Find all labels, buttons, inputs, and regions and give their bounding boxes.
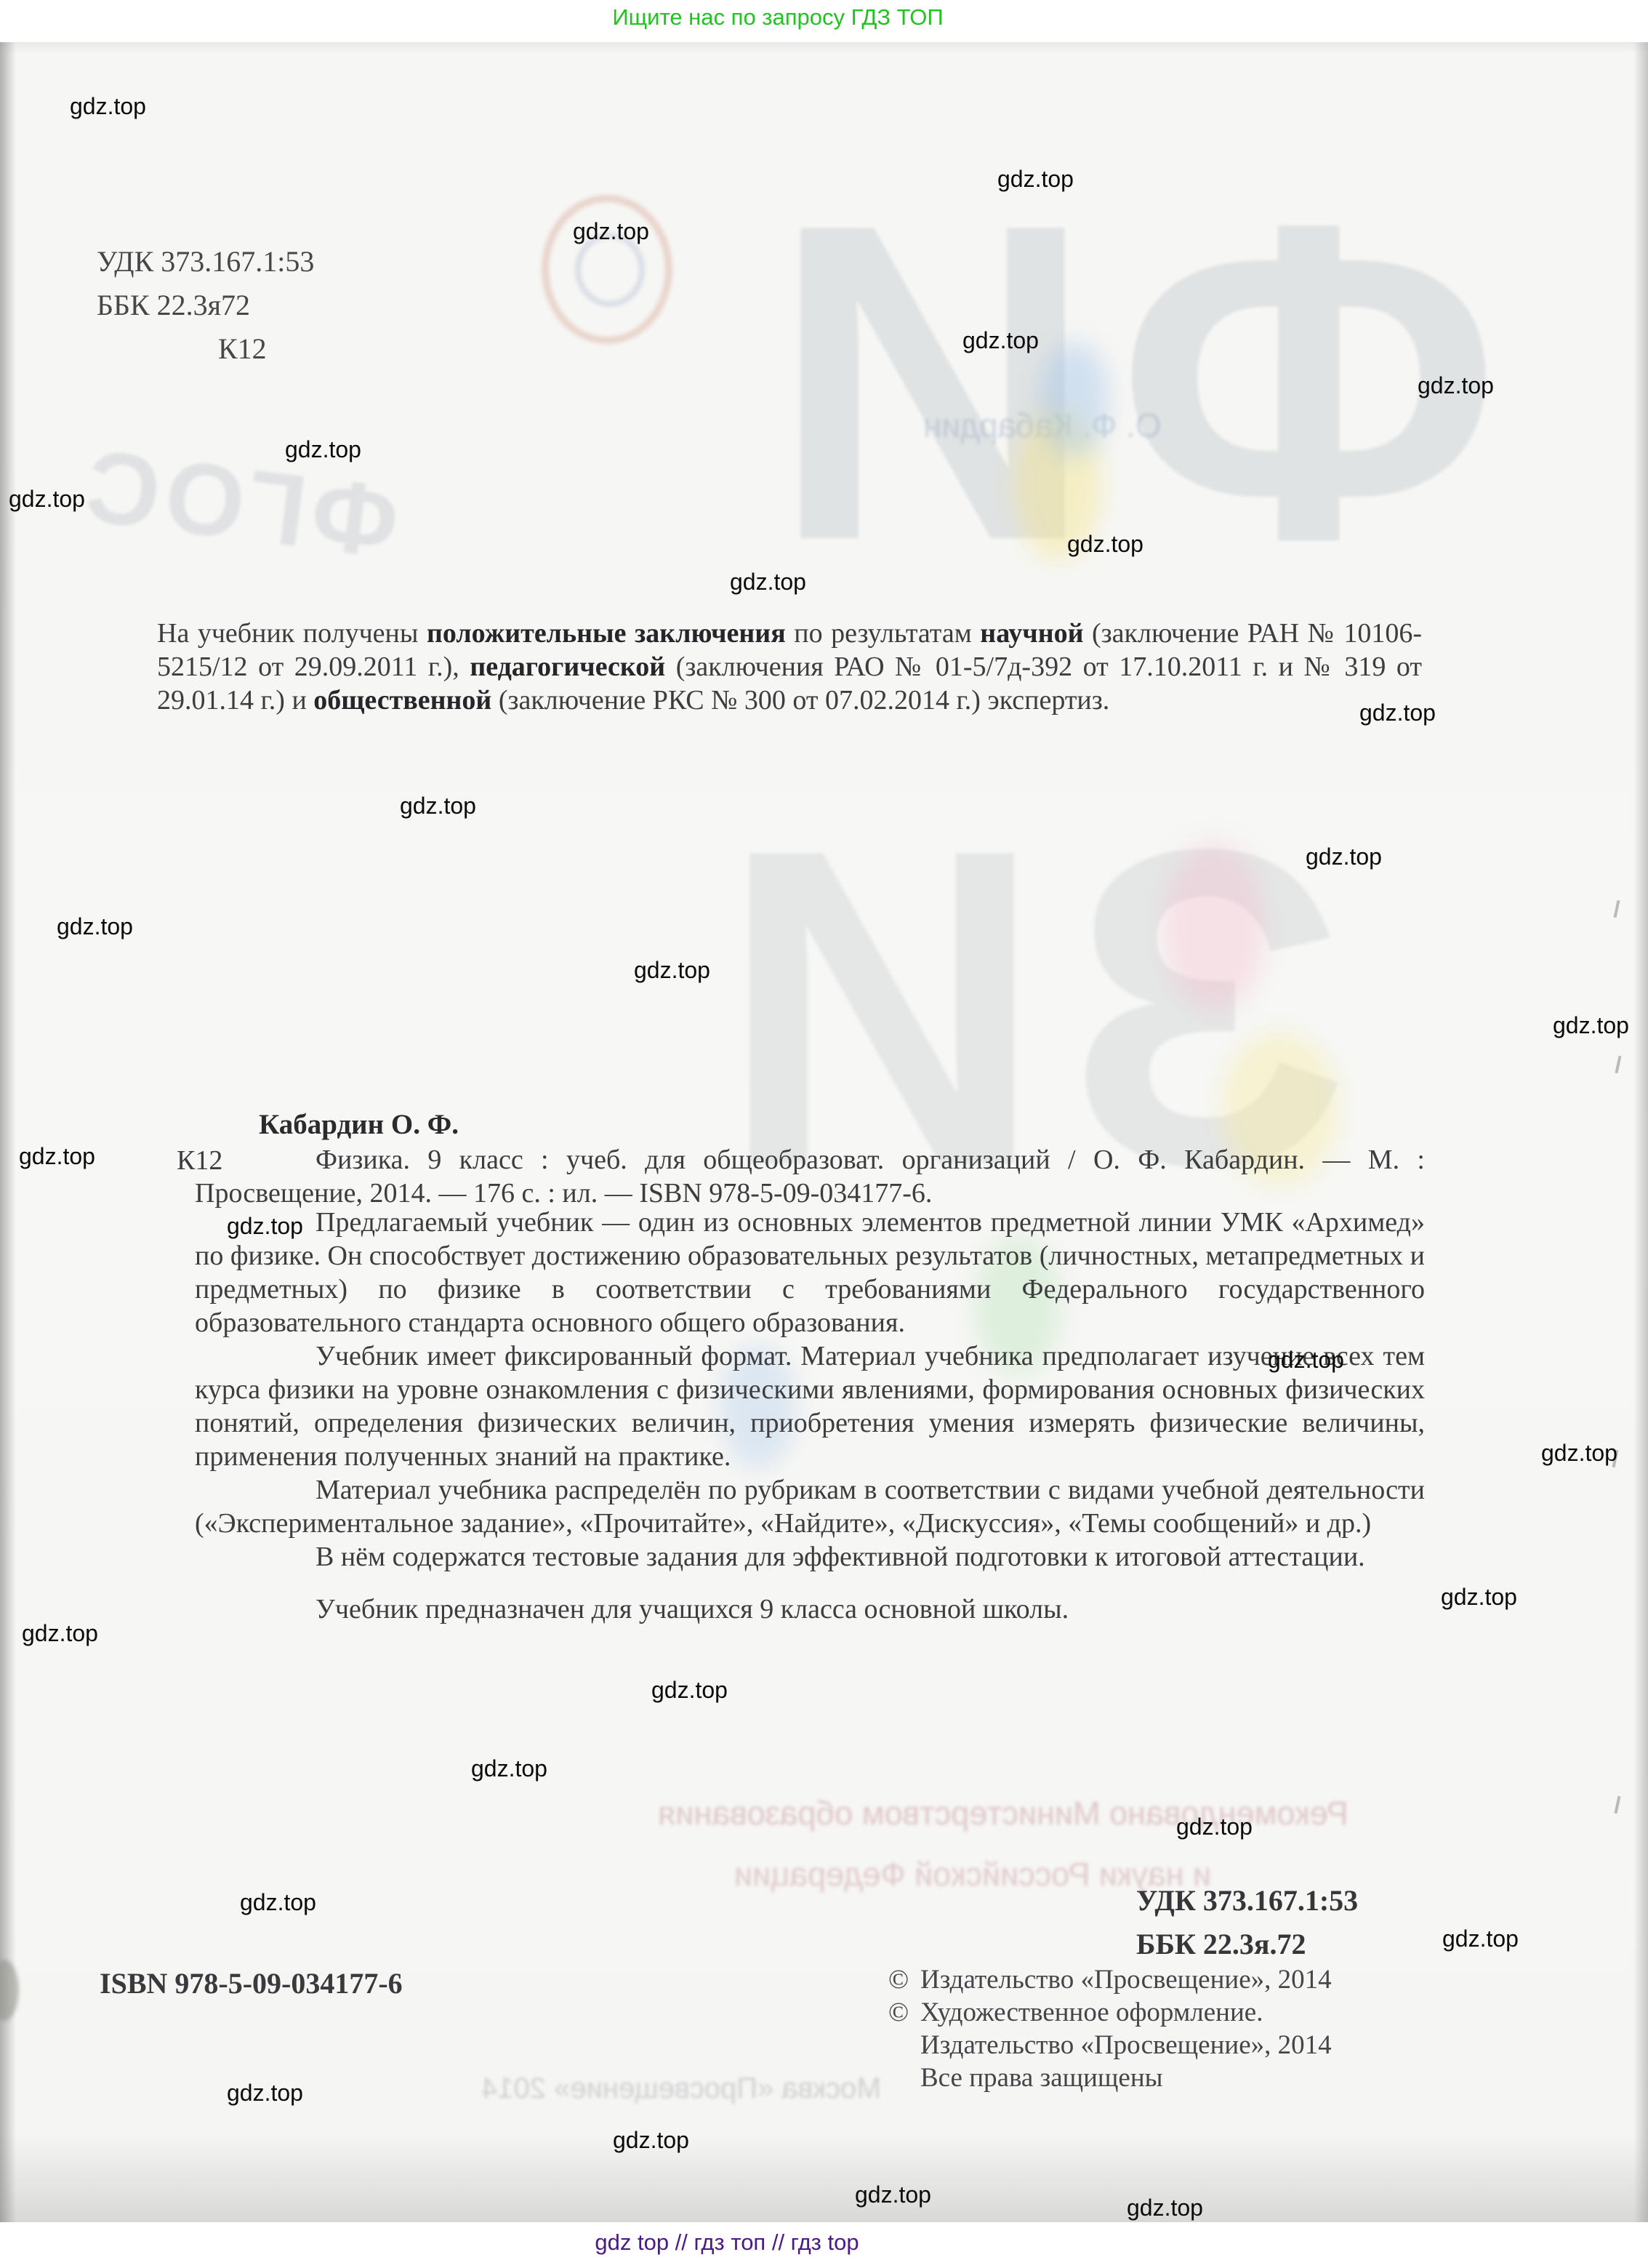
annotation-paragraph: Материал учебника распределён по рубрика…	[195, 1473, 1425, 1540]
copyright-symbol: ©	[888, 1963, 920, 1996]
gdz-watermark: gdz.top	[9, 486, 85, 513]
gdz-watermark: gdz.top	[1553, 1012, 1629, 1039]
gdz-watermark: gdz.top	[227, 2080, 303, 2107]
gdz-watermark: gdz.top	[1442, 1926, 1519, 1952]
gdz-watermark: gdz.top	[730, 569, 806, 596]
fgos-emblem-ghost	[542, 195, 672, 344]
scanned-imprint-page: Ищите нас по запросу ГДЗ ТОП ФГОС ФИ ЗИ …	[0, 0, 1648, 2268]
gdz-watermark: gdz.top	[1268, 1347, 1344, 1374]
expertise-text: (заключение РКС № 300 от 07.02.2014 г.) …	[491, 685, 1109, 716]
gdz-watermark: gdz.top	[997, 166, 1074, 193]
gdz-watermark: gdz.top	[855, 2181, 931, 2208]
copyright-symbol	[888, 2061, 920, 2094]
expertise-bold-text: научной	[980, 618, 1083, 649]
gdz-watermark: gdz.top	[613, 2127, 689, 2154]
gdz-watermark: gdz.top	[1541, 1440, 1617, 1467]
sheet-left-edge-shadow	[0, 42, 16, 2222]
copyright-text: Издательство «Просвещение», 2014	[920, 2029, 1332, 2061]
gdz-watermark: gdz.top	[1418, 372, 1494, 399]
gdz-watermark: gdz.top	[962, 327, 1039, 354]
expertise-bold-text: педагогической	[470, 652, 665, 682]
copyright-line: Издательство «Просвещение», 2014	[888, 2029, 1332, 2061]
pastel-blob	[1040, 342, 1109, 458]
gdz-watermark: gdz.top	[227, 1213, 303, 1240]
catalog-author: Кабардин О. Ф.	[259, 1108, 459, 1141]
udk-number: УДК 373.167.1:53	[97, 240, 314, 284]
pastel-blob	[1163, 844, 1265, 1011]
gdz-watermark: gdz.top	[634, 957, 710, 984]
expertise-bold-text: положительные заключения	[427, 618, 786, 649]
gdz-watermark: gdz.top	[240, 1889, 316, 1916]
ghost-title-line1: ФИ	[749, 124, 1501, 641]
sheet-right-edge-shadow	[1633, 42, 1648, 2222]
author-code: К12	[218, 327, 314, 371]
expertise-paragraph: На учебник получены положительные заключ…	[157, 617, 1422, 717]
gdz-watermark: gdz.top	[1067, 531, 1143, 558]
copyright-text: Все права защищены	[920, 2061, 1163, 2094]
gdz-watermark: gdz.top	[285, 436, 361, 463]
udk-bbk-top-block: УДК 373.167.1:53 ББК 22.3я72 К12	[97, 240, 314, 371]
gdz-watermark: gdz.top	[70, 93, 146, 120]
expertise-text: по результатам	[786, 618, 981, 649]
bbk-number: ББК 22.3я72	[97, 284, 314, 327]
annotation-paragraph: Предлагаемый учебник — один из основных …	[195, 1206, 1425, 1339]
copyright-symbol: ©	[888, 1996, 920, 2029]
ghost-moscow-text: Москва «Просвещение» 2014	[481, 2072, 881, 2105]
copyright-line: © Издательство «Просвещение», 2014	[888, 1963, 1332, 1996]
isbn-number: ISBN 978-5-09-034177-6	[100, 1966, 403, 2000]
annotation-paragraph: Учебник имеет фиксированный формат. Мате…	[195, 1339, 1425, 1473]
copyright-symbol	[888, 2029, 920, 2061]
expertise-text: На учебник получены	[157, 618, 427, 649]
gdz-watermark: gdz.top	[573, 218, 649, 245]
annotation-paragraph: Учебник предназначен для учащихся 9 клас…	[195, 1592, 1425, 1626]
copyright-text: Художественное оформление.	[920, 1996, 1263, 2029]
gdz-watermark: gdz.top	[651, 1677, 728, 1704]
gdz-watermark: gdz.top	[1441, 1584, 1517, 1611]
bbk-number-bottom: ББК 22.3я.72	[1136, 1923, 1358, 1966]
udk-bbk-bottom-block: УДК 373.167.1:53 ББК 22.3я.72	[1136, 1879, 1358, 1966]
gdz-watermark: gdz.top	[19, 1143, 95, 1170]
gdz-watermark: gdz.top	[471, 1755, 547, 1782]
gdz-watermark: gdz.top	[400, 793, 476, 820]
gdz-watermark: gdz.top	[22, 1620, 98, 1647]
gdz-watermark: gdz.top	[1359, 700, 1436, 726]
expertise-bold-text: общественной	[313, 685, 491, 716]
gdz-watermark: gdz.top	[1176, 1814, 1253, 1840]
gdz-watermark: gdz.top	[1306, 844, 1382, 870]
gdz-watermark: gdz.top	[57, 913, 133, 940]
site-header-text: Ищите нас по запросу ГДЗ ТОП	[0, 4, 1556, 31]
catalog-entry: Физика. 9 класс : учеб. для общеобразова…	[195, 1143, 1425, 1210]
site-footer-text: gdz top // гдз топ // гдз top	[0, 2229, 1454, 2256]
copyright-text: Издательство «Просвещение», 2014	[920, 1963, 1332, 1996]
copyright-line: © Художественное оформление.	[888, 1996, 1332, 2029]
annotation-block: Предлагаемый учебник — один из основных …	[195, 1206, 1425, 1626]
copyright-line: Все права защищены	[888, 2061, 1332, 2094]
annotation-paragraph: В нём содержатся тестовые задания для эф…	[195, 1540, 1425, 1574]
gdz-watermark: gdz.top	[1127, 2195, 1203, 2221]
udk-number-bottom: УДК 373.167.1:53	[1136, 1879, 1358, 1923]
copyright-block: © Издательство «Просвещение», 2014 © Худ…	[888, 1963, 1332, 2094]
